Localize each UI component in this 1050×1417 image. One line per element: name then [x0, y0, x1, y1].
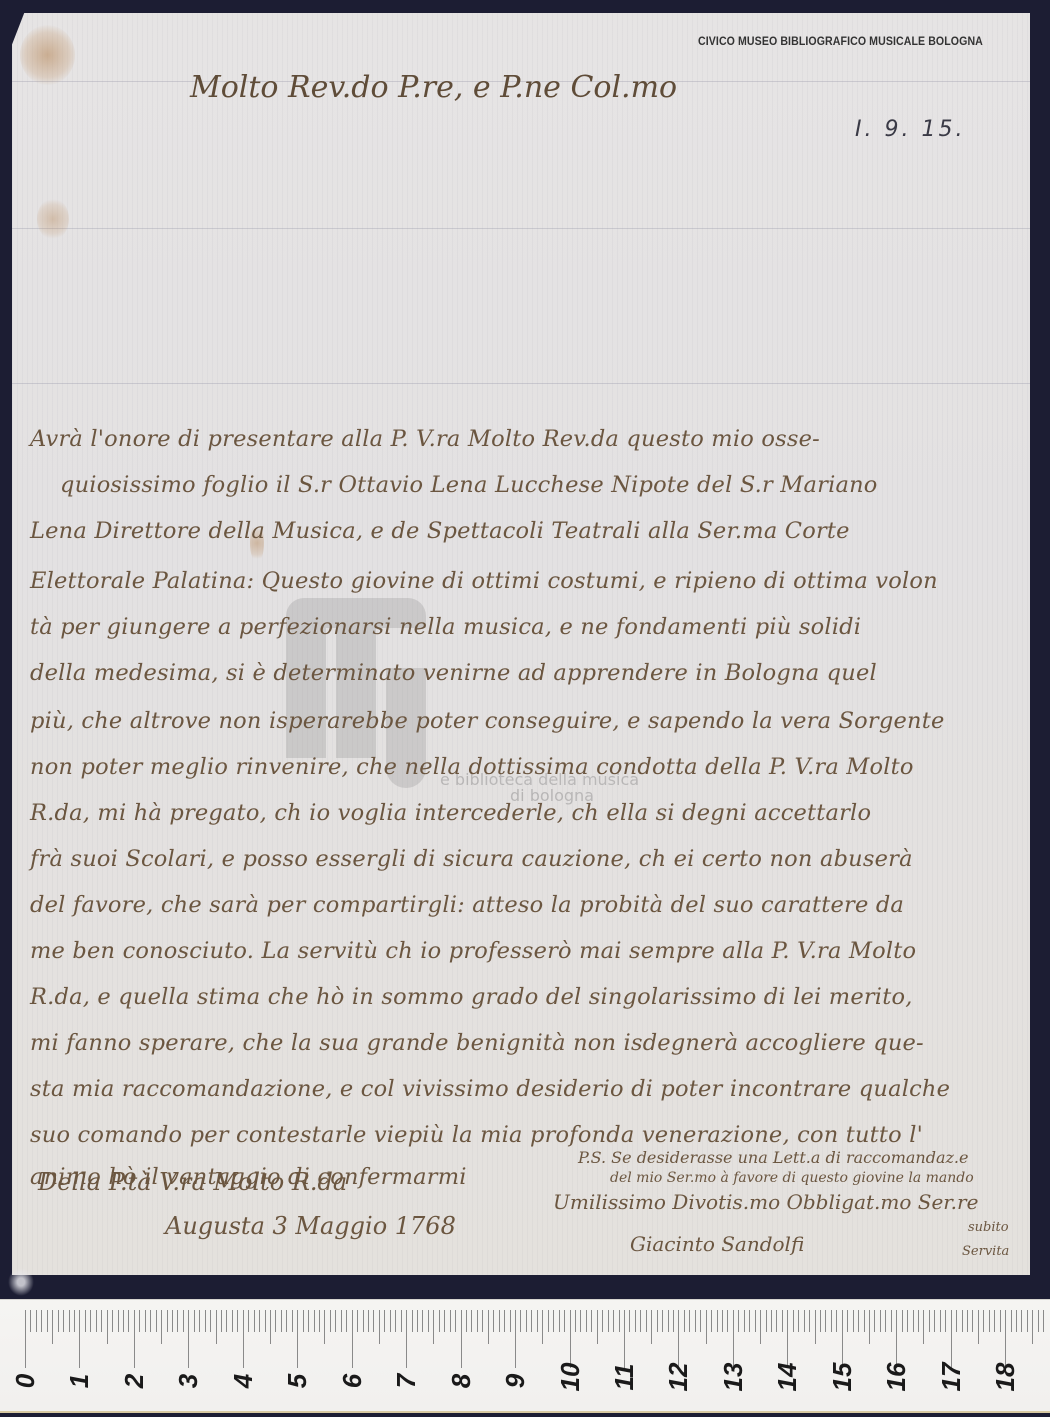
ruler-tick — [608, 1310, 609, 1332]
ruler-tick — [199, 1310, 200, 1332]
ruler-tick — [226, 1310, 227, 1332]
body-line: più, che altrove non isperarebbe poter c… — [30, 708, 944, 734]
ruler-tick — [477, 1310, 478, 1332]
ruler-label: 6 — [335, 1361, 369, 1401]
ruler-tick — [869, 1310, 870, 1344]
ruler-label: 13 — [716, 1354, 750, 1400]
fold-line — [12, 383, 1030, 384]
ruler-tick — [657, 1310, 658, 1332]
ruler-tick — [123, 1310, 124, 1332]
ruler-label: 18 — [988, 1354, 1022, 1400]
ruler-tick — [177, 1310, 178, 1332]
ruler-tick — [1016, 1310, 1017, 1332]
ruler-tick — [406, 1310, 407, 1368]
ruler-tick — [303, 1310, 304, 1332]
ruler-tick — [531, 1310, 532, 1332]
ruler-tick — [210, 1310, 211, 1332]
ruler-tick — [439, 1310, 440, 1332]
ruler-tick — [156, 1310, 157, 1332]
ruler-tick — [651, 1310, 652, 1344]
ruler-tick — [52, 1310, 53, 1344]
postscript-line: del mio Ser.mo à favore di questo giovin… — [610, 1170, 974, 1186]
body-line: R.da, mi hà pregato, ch io voglia interc… — [30, 800, 871, 826]
ruler-tick — [139, 1310, 140, 1332]
postscript-line: P.S. Se desiderasse una Lett.a di raccom… — [578, 1148, 968, 1167]
ruler-tick — [493, 1310, 494, 1332]
ruler-tick — [722, 1310, 723, 1332]
ruler-tick — [112, 1310, 113, 1332]
ruler-tick — [853, 1310, 854, 1332]
ruler-tick — [956, 1310, 957, 1332]
ruler-tick — [297, 1310, 298, 1368]
ruler-tick — [314, 1310, 315, 1332]
ruler-tick — [891, 1310, 892, 1332]
body-line: Avrà l'onore di presentare alla P. V.ra … — [30, 426, 820, 452]
ruler-tick — [412, 1310, 413, 1332]
ruler-tick — [662, 1310, 663, 1332]
ruler-tick — [907, 1310, 908, 1332]
ruler-tick — [580, 1310, 581, 1332]
ruler-tick — [978, 1310, 979, 1344]
ruler-tick — [335, 1310, 336, 1332]
ruler-tick — [913, 1310, 914, 1332]
ruler-tick — [727, 1310, 728, 1332]
ruler-tick — [760, 1310, 761, 1344]
ruler-tick — [962, 1310, 963, 1332]
ruler-tick — [934, 1310, 935, 1332]
shelfmark: I. 9. 15. — [855, 117, 965, 142]
ruler-tick — [118, 1310, 119, 1332]
ruler-tick — [30, 1310, 31, 1332]
ruler-label: 7 — [389, 1361, 423, 1401]
ruler-tick — [167, 1310, 168, 1332]
ruler-tick — [711, 1310, 712, 1332]
salutation: Molto Rev.do P.re, e P.ne Col.mo — [190, 70, 677, 105]
ruler-tick — [96, 1310, 97, 1332]
ruler-tick — [216, 1310, 217, 1344]
margin-note: subito — [968, 1220, 1009, 1235]
ruler-tick — [793, 1310, 794, 1332]
ruler-tick — [433, 1310, 434, 1344]
ruler-label: 9 — [498, 1361, 532, 1401]
ruler-tick — [706, 1310, 707, 1344]
ruler-tick — [237, 1310, 238, 1332]
body-line: quiosissimo foglio il S.r Ottavio Lena L… — [60, 472, 878, 498]
ruler-tick — [221, 1310, 222, 1332]
ruler-tick — [510, 1310, 511, 1332]
measurement-ruler: 0123456789101112131415161718 — [0, 1299, 1050, 1413]
ruler-tick — [25, 1310, 26, 1368]
ruler-tick — [384, 1310, 385, 1332]
ruler-tick — [390, 1310, 391, 1332]
ruler-tick — [58, 1310, 59, 1332]
ruler-tick — [194, 1310, 195, 1332]
ruler-tick — [836, 1310, 837, 1332]
ruler-tick — [613, 1310, 614, 1332]
ruler-tick — [564, 1310, 565, 1332]
ruler-tick — [461, 1310, 462, 1368]
ruler-tick — [755, 1310, 756, 1332]
ruler-tick — [422, 1310, 423, 1332]
ruler-tick — [929, 1310, 930, 1332]
ruler-tick — [695, 1310, 696, 1332]
ruler-tick — [444, 1310, 445, 1332]
ruler-tick — [455, 1310, 456, 1332]
ruler-tick — [989, 1310, 990, 1332]
ruler-label: 4 — [226, 1361, 260, 1401]
ruler-tick — [586, 1310, 587, 1332]
ruler-tick — [188, 1310, 189, 1368]
ruler-tick — [619, 1310, 620, 1332]
ruler-tick — [488, 1310, 489, 1344]
ruler-tick — [1038, 1310, 1039, 1332]
ruler-tick — [69, 1310, 70, 1332]
ruler-tick — [352, 1310, 353, 1368]
ruler-tick — [918, 1310, 919, 1332]
body-line: Lena Direttore della Musica, e de Spetta… — [30, 518, 850, 544]
body-line: me ben conosciuto. La servitù ch io prof… — [30, 938, 916, 964]
ruler-tick — [744, 1310, 745, 1332]
ruler-tick — [766, 1310, 767, 1332]
ruler-tick — [41, 1310, 42, 1332]
margin-note: Servita — [962, 1244, 1009, 1259]
ruler-label: 3 — [171, 1361, 205, 1401]
ruler-tick — [270, 1310, 271, 1344]
ruler-tick — [972, 1310, 973, 1332]
body-line: frà suoi Scolari, e posso essergli di si… — [30, 846, 913, 872]
ruler-tick — [265, 1310, 266, 1332]
ruler-tick — [700, 1310, 701, 1332]
ruler-tick — [646, 1310, 647, 1332]
ruler-tick — [809, 1310, 810, 1332]
ruler-label: 2 — [117, 1361, 151, 1401]
ruler-tick — [967, 1310, 968, 1332]
ink-stain — [37, 198, 69, 240]
ruler-tick — [172, 1310, 173, 1332]
ruler-tick — [940, 1310, 941, 1332]
ruler-tick — [482, 1310, 483, 1332]
ruler-tick — [515, 1310, 516, 1368]
closing-formula: Umilissimo Divotis.mo Obbligat.mo Ser.re — [553, 1190, 978, 1214]
ruler-tick — [668, 1310, 669, 1332]
ruler-tick — [161, 1310, 162, 1344]
ruler-label: 1 — [62, 1361, 96, 1401]
ruler-tick — [689, 1310, 690, 1332]
ruler-tick — [526, 1310, 527, 1332]
ruler-tick — [450, 1310, 451, 1332]
ruler-tick — [815, 1310, 816, 1344]
ruler-tick — [820, 1310, 821, 1332]
ruler-tick — [373, 1310, 374, 1332]
ruler-tick — [548, 1310, 549, 1332]
ruler-tick — [281, 1310, 282, 1332]
ruler-label: 5 — [280, 1361, 314, 1401]
ruler-tick — [1011, 1310, 1012, 1332]
ruler-tick — [825, 1310, 826, 1332]
ruler-tick — [874, 1310, 875, 1332]
ruler-tick — [101, 1310, 102, 1332]
ruler-tick — [379, 1310, 380, 1344]
ruler-tick — [847, 1310, 848, 1332]
ruler-tick — [553, 1310, 554, 1332]
ruler-tick — [885, 1310, 886, 1332]
ruler-tick — [798, 1310, 799, 1332]
body-line: R.da, e quella stima che hò in sommo gra… — [30, 984, 913, 1010]
ruler-tick — [575, 1310, 576, 1332]
ruler-tick — [749, 1310, 750, 1332]
ruler-tick — [134, 1310, 135, 1368]
ruler-tick — [776, 1310, 777, 1332]
ruler-tick — [248, 1310, 249, 1332]
ruler-tick — [597, 1310, 598, 1344]
ruler-label: 14 — [770, 1354, 804, 1400]
ruler-tick — [63, 1310, 64, 1332]
ruler-tick — [330, 1310, 331, 1332]
ruler-tick — [85, 1310, 86, 1332]
ruler-tick — [858, 1310, 859, 1332]
ruler-label: 0 — [8, 1361, 42, 1401]
ruler-tick — [259, 1310, 260, 1332]
ruler-tick — [902, 1310, 903, 1332]
body-line: non poter meglio rinvenire, che nella do… — [30, 754, 914, 780]
ruler-tick — [673, 1310, 674, 1332]
ruler-label: 12 — [661, 1354, 695, 1400]
ruler-tick — [286, 1310, 287, 1332]
ruler-label: 11 — [607, 1354, 641, 1400]
ruler-tick — [945, 1310, 946, 1332]
ruler-tick — [79, 1310, 80, 1368]
ruler-label: 15 — [825, 1354, 859, 1400]
ruler-tick — [232, 1310, 233, 1332]
ruler-tick — [90, 1310, 91, 1332]
ruler-tick — [559, 1310, 560, 1332]
ruler-tick — [243, 1310, 244, 1368]
ruler-tick — [128, 1310, 129, 1332]
ruler-tick — [640, 1310, 641, 1332]
ruler-label: 10 — [553, 1354, 587, 1400]
ruler-tick — [107, 1310, 108, 1344]
ruler-tick — [275, 1310, 276, 1332]
ruler-tick — [346, 1310, 347, 1332]
ruler-tick — [504, 1310, 505, 1332]
ink-stain — [20, 25, 75, 85]
ruler-tick — [499, 1310, 500, 1332]
body-line: della medesima, si è determinato venirne… — [30, 660, 877, 686]
ruler-tick — [341, 1310, 342, 1332]
ruler-tick — [602, 1310, 603, 1332]
ruler-tick — [804, 1310, 805, 1332]
ruler-tick — [542, 1310, 543, 1344]
ruler-tick — [308, 1310, 309, 1332]
ruler-tick — [983, 1310, 984, 1332]
body-line: Elettorale Palatina: Questo giovine di o… — [30, 568, 938, 594]
ruler-tick — [401, 1310, 402, 1332]
body-line: mi fanno sperare, che la sua grande beni… — [30, 1030, 924, 1056]
signature: Giacinto Sandolfi — [630, 1232, 804, 1256]
ruler-tick — [471, 1310, 472, 1332]
ruler-tick — [319, 1310, 320, 1332]
fold-line — [12, 228, 1030, 229]
ruler-tick — [635, 1310, 636, 1332]
ruler-tick — [923, 1310, 924, 1344]
ruler-tick — [324, 1310, 325, 1344]
ruler-tick — [417, 1310, 418, 1332]
body-line: suo comando per contestarle viepiù la mi… — [30, 1122, 923, 1148]
ruler-tick — [771, 1310, 772, 1332]
ruler-tick — [591, 1310, 592, 1332]
ruler-tick — [254, 1310, 255, 1332]
ruler-tick — [717, 1310, 718, 1332]
body-line: sta mia raccomandazione, e col vivissimo… — [30, 1076, 950, 1102]
ruler-tick — [880, 1310, 881, 1332]
ruler-label: 17 — [934, 1354, 968, 1400]
body-line: tà per giungere a perfezionarsi nella mu… — [30, 614, 861, 640]
ruler-label: 16 — [879, 1354, 913, 1400]
ruler-tick — [395, 1310, 396, 1332]
ruler-tick — [428, 1310, 429, 1332]
ruler-tick — [47, 1310, 48, 1332]
ruler-tick — [520, 1310, 521, 1332]
ruler-tick — [629, 1310, 630, 1332]
ruler-tick — [292, 1310, 293, 1332]
ruler-tick — [205, 1310, 206, 1332]
ruler-tick — [1043, 1310, 1044, 1332]
paper-tear — [8, 1268, 34, 1296]
body-line: del favore, che sarà per compartirgli: a… — [30, 892, 904, 918]
ruler-tick — [782, 1310, 783, 1332]
ruler-tick — [145, 1310, 146, 1332]
ruler-tick — [1000, 1310, 1001, 1332]
ruler-tick — [183, 1310, 184, 1332]
place-date: Augusta 3 Maggio 1768 — [165, 1212, 456, 1240]
ruler-tick — [1032, 1310, 1033, 1344]
ruler-label: 8 — [444, 1361, 478, 1401]
ruler-tick — [363, 1310, 364, 1332]
ruler-tick — [994, 1310, 995, 1332]
ruler-tick — [864, 1310, 865, 1332]
ruler-tick — [831, 1310, 832, 1332]
ruler-tick — [357, 1310, 358, 1332]
ruler-tick — [738, 1310, 739, 1332]
library-stamp: CIVICO MUSEO BIBLIOGRAFICO MUSICALE BOLO… — [698, 36, 983, 48]
ruler-tick — [466, 1310, 467, 1332]
ruler-tick — [36, 1310, 37, 1332]
ruler-tick — [684, 1310, 685, 1332]
ruler-tick — [1021, 1310, 1022, 1332]
ruler-tick — [537, 1310, 538, 1332]
ruler-tick — [368, 1310, 369, 1332]
ruler-tick — [1027, 1310, 1028, 1332]
ruler-tick — [74, 1310, 75, 1332]
ruler-tick — [150, 1310, 151, 1332]
closing-line: Della P.tà V.ra Molto R.da — [38, 1168, 347, 1196]
